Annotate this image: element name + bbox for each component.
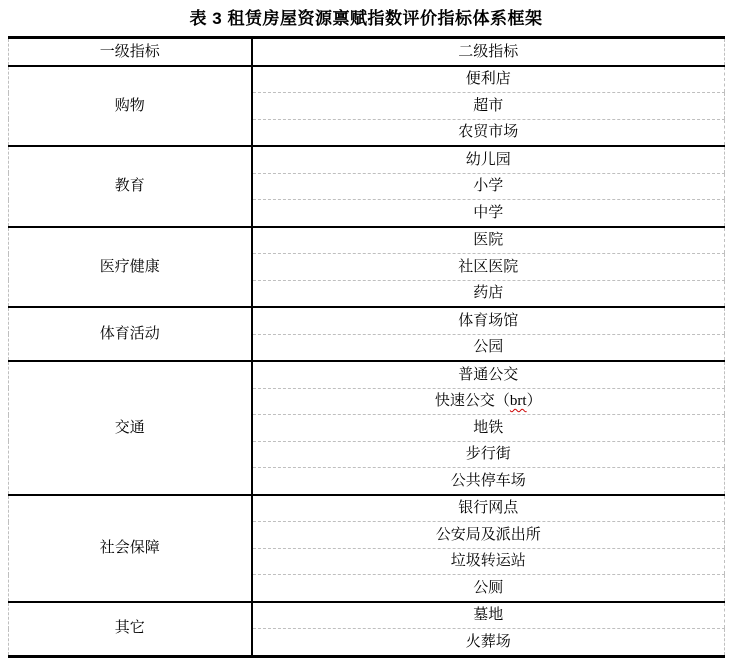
document-page: 表 3 租赁房屋资源禀赋指数评价指标体系框架 一级指标 二级指标 购物便利店超市…: [0, 0, 732, 661]
level1-cell-1: 教育: [8, 146, 252, 227]
header-row: 一级指标 二级指标: [8, 38, 724, 66]
table-row: 教育幼儿园: [8, 146, 724, 173]
cell-text: ）: [527, 393, 542, 409]
level1-cell-0: 购物: [8, 66, 252, 147]
table-row: 其它墓地: [8, 602, 724, 629]
table-row: 购物便利店: [8, 66, 724, 93]
level2-cell: 体育场馆: [252, 307, 724, 334]
level2-cell: 银行网点: [252, 495, 724, 522]
level2-cell: 公厕: [252, 575, 724, 602]
column-header-level2: 二级指标: [252, 38, 724, 66]
level1-cell-2: 医疗健康: [8, 227, 252, 308]
cell-text: 快速公交（: [435, 393, 510, 409]
level2-cell: 超市: [252, 93, 724, 120]
level2-cell: 药店: [252, 280, 724, 307]
level2-cell: 公园: [252, 334, 724, 361]
level2-cell: 公安局及派出所: [252, 522, 724, 549]
table-row: 体育活动体育场馆: [8, 307, 724, 334]
spellcheck-flagged-text: brt: [510, 393, 527, 409]
level1-cell-4: 交通: [8, 361, 252, 495]
level2-cell: 中学: [252, 200, 724, 227]
level1-cell-5: 社会保障: [8, 495, 252, 602]
column-header-level1: 一级指标: [8, 38, 252, 66]
level2-cell: 幼儿园: [252, 146, 724, 173]
table-row: 社会保障银行网点: [8, 495, 724, 522]
level2-cell: 地铁: [252, 415, 724, 442]
indicator-table: 一级指标 二级指标 购物便利店超市农贸市场教育幼儿园小学中学医疗健康医院社区医院…: [8, 36, 725, 658]
level2-cell: 农贸市场: [252, 119, 724, 146]
table-row: 医疗健康医院: [8, 227, 724, 254]
level2-cell: 墓地: [252, 602, 724, 629]
level2-cell: 医院: [252, 227, 724, 254]
table-title: 表 3 租赁房屋资源禀赋指数评价指标体系框架: [0, 0, 732, 30]
level2-cell: 快速公交（brt）: [252, 388, 724, 415]
table-row: 交通普通公交: [8, 361, 724, 388]
level2-cell: 步行街: [252, 441, 724, 468]
level2-cell: 垃圾转运站: [252, 548, 724, 575]
table-body: 购物便利店超市农贸市场教育幼儿园小学中学医疗健康医院社区医院药店体育活动体育场馆…: [8, 66, 724, 657]
level2-cell: 社区医院: [252, 254, 724, 281]
level1-cell-3: 体育活动: [8, 307, 252, 361]
level2-cell: 普通公交: [252, 361, 724, 388]
level2-cell: 火葬场: [252, 629, 724, 657]
level2-cell: 便利店: [252, 66, 724, 93]
level1-cell-6: 其它: [8, 602, 252, 657]
level2-cell: 小学: [252, 173, 724, 200]
level2-cell: 公共停车场: [252, 468, 724, 495]
